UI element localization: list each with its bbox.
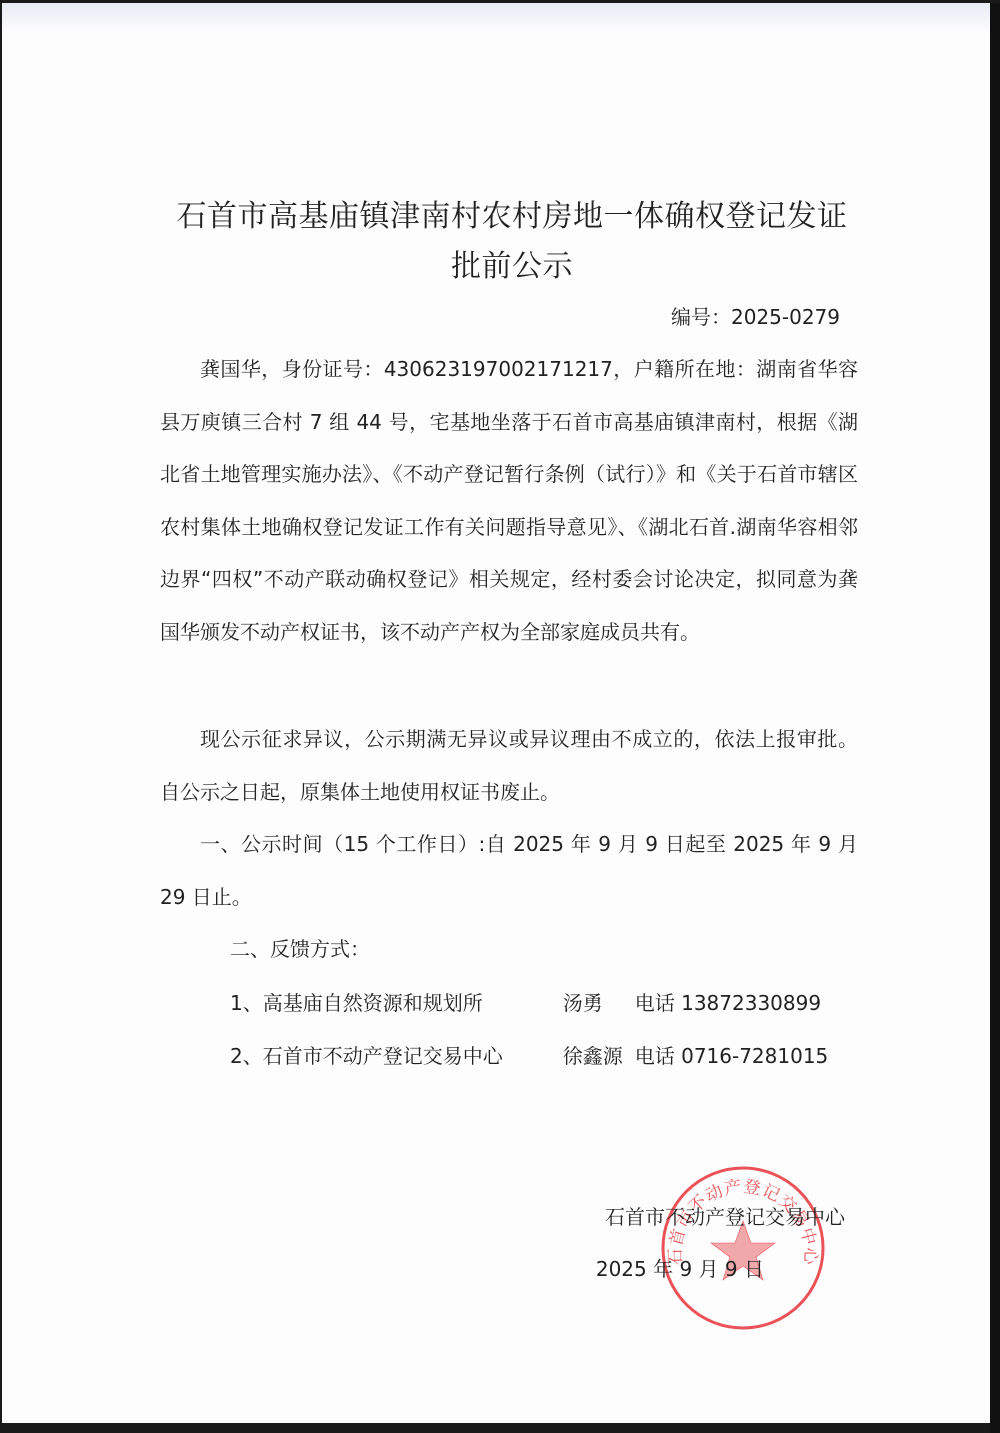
contact-phone-label: 电话: [635, 987, 675, 1016]
signature-date: 2025 年 9 月 9 日: [596, 1253, 764, 1282]
notice-paragraph-applicant: 龚国华，身份证号：430623197002171217，户籍所在地：湖南省华容县…: [160, 343, 858, 658]
feedback-heading: 二、反馈方式：: [230, 933, 370, 962]
contact-row: 2、石首市不动产登记交易中心徐鑫源电话 0716-7281015: [230, 1040, 828, 1069]
notice-paragraph-objection: 现公示征求异议，公示期满无异议或异议理由不成立的，依法上报审批。自公示之日起，原…: [160, 713, 858, 818]
document-title-line1: 石首市高基庙镇津南村农村房地一体确权登记发证: [162, 191, 862, 235]
official-seal-icon: 石首市不动产登记交易中心: [658, 1163, 828, 1333]
document-title-line2: 批前公示: [162, 241, 862, 285]
contact-phone: 0716-7281015: [681, 1044, 828, 1068]
contact-index: 2、: [230, 1040, 263, 1069]
contact-phone: 13872330899: [681, 991, 821, 1015]
contact-org: 石首市不动产登记交易中心: [263, 1040, 563, 1069]
signature-organization: 石首市不动产登记交易中心: [605, 1201, 845, 1230]
contact-row: 1、高基庙自然资源和规划所汤勇电话 13872330899: [230, 987, 821, 1016]
contact-person: 汤勇: [563, 987, 635, 1016]
scan-border: [990, 3, 1000, 1433]
notice-paragraph-period: 一、公示时间（15 个工作日）:自 2025 年 9 月 9 日起至 2025 …: [160, 818, 858, 923]
document-number: 编号：2025-0279: [671, 301, 840, 330]
document-page: 石首市高基庙镇津南村农村房地一体确权登记发证 批前公示 编号：2025-0279…: [2, 3, 990, 1423]
contact-person: 徐鑫源: [563, 1040, 635, 1069]
contact-phone-label: 电话: [635, 1040, 675, 1069]
contact-index: 1、: [230, 987, 263, 1016]
contact-org: 高基庙自然资源和规划所: [263, 987, 563, 1016]
